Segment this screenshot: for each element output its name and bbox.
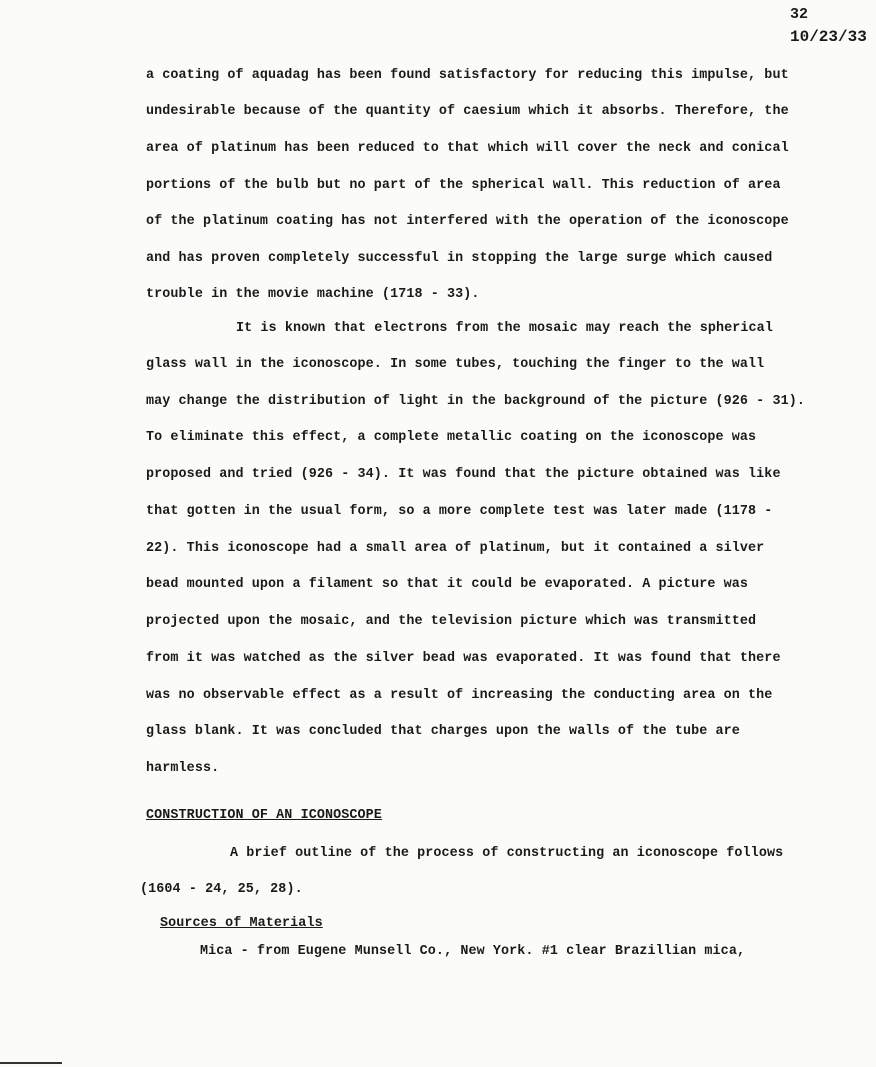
- section-heading: CONSTRUCTION OF AN ICONOSCOPE: [146, 808, 382, 823]
- text-line: that gotten in the usual form, so a more…: [146, 504, 772, 519]
- text-line: of the platinum coating has not interfer…: [146, 214, 789, 229]
- subheading: Sources of Materials: [160, 916, 323, 931]
- text-line: from it was watched as the silver bead w…: [146, 651, 781, 666]
- text-line: and has proven completely successful in …: [146, 251, 772, 266]
- text-line: 22). This iconoscope had a small area of…: [146, 541, 764, 556]
- text-line: proposed and tried (926 - 34). It was fo…: [146, 467, 781, 482]
- text-line: projected upon the mosaic, and the telev…: [146, 614, 756, 629]
- text-line: A brief outline of the process of constr…: [230, 846, 783, 861]
- text-line: harmless.: [146, 761, 219, 776]
- text-line: It is known that electrons from the mosa…: [236, 321, 773, 336]
- text-line: undesirable because of the quantity of c…: [146, 104, 789, 119]
- text-line: (1604 - 24, 25, 28).: [140, 882, 303, 897]
- footer-rule: [0, 1062, 62, 1064]
- page-date: 10/23/33: [790, 28, 867, 46]
- text-line: was no observable effect as a result of …: [146, 688, 772, 703]
- text-line: may change the distribution of light in …: [146, 394, 805, 409]
- text-line: trouble in the movie machine (1718 - 33)…: [146, 287, 480, 302]
- page-number: 32: [790, 6, 808, 23]
- text-line: area of platinum has been reduced to tha…: [146, 141, 789, 156]
- text-line: glass blank. It was concluded that charg…: [146, 724, 740, 739]
- text-line: glass wall in the iconoscope. In some tu…: [146, 357, 764, 372]
- text-line: a coating of aquadag has been found sati…: [146, 68, 789, 83]
- text-line: bead mounted upon a filament so that it …: [146, 577, 748, 592]
- text-line: portions of the bulb but no part of the …: [146, 178, 781, 193]
- text-line: To eliminate this effect, a complete met…: [146, 430, 756, 445]
- text-line: Mica - from Eugene Munsell Co., New York…: [200, 944, 745, 959]
